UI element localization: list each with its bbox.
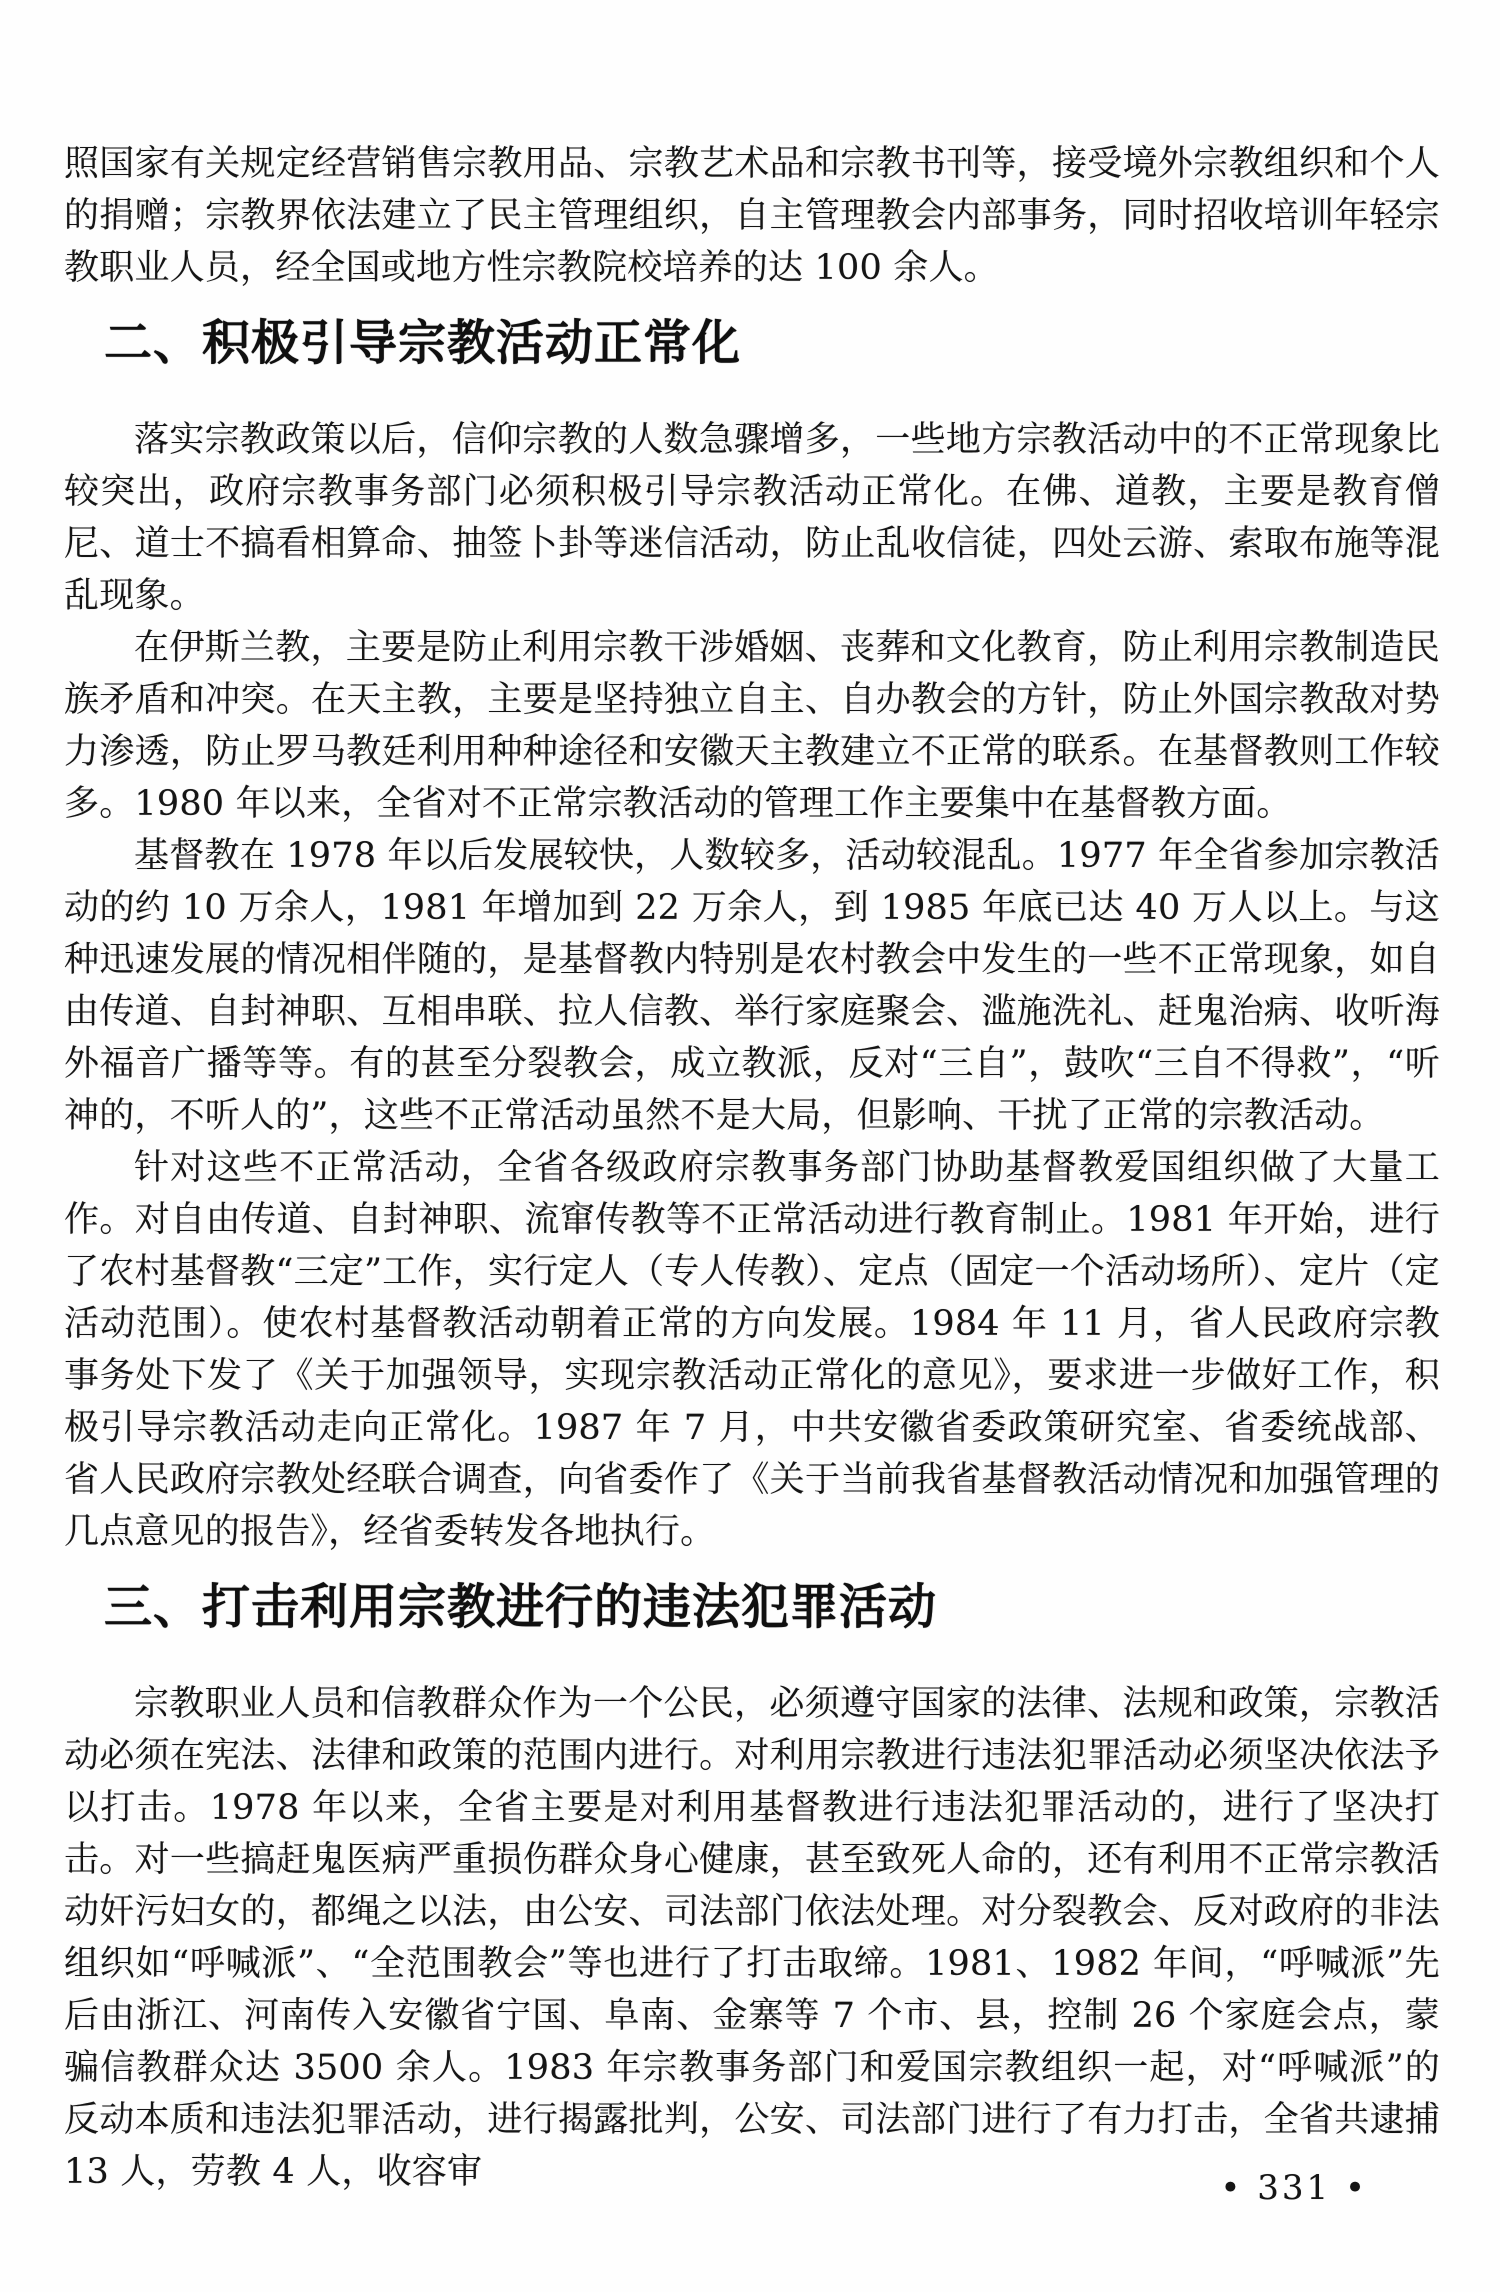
paragraph: 针对这些不正常活动，全省各级政府宗教事务部门协助基督教爱国组织做了大量工作。对自…	[64, 1142, 1440, 1558]
paragraph: 在伊斯兰教，主要是防止利用宗教干涉婚姻、丧葬和文化教育，防止利用宗教制造民族矛盾…	[64, 622, 1440, 830]
paragraph-continuation: 照国家有关规定经营销售宗教用品、宗教艺术品和宗教书刊等，接受境外宗教组织和个人的…	[64, 138, 1440, 294]
paragraph: 基督教在 1978 年以后发展较快，人数较多，活动较混乱。1977 年全省参加宗…	[64, 830, 1440, 1142]
paragraph: 落实宗教政策以后，信仰宗教的人数急骤增多，一些地方宗教活动中的不正常现象比较突出…	[64, 414, 1440, 622]
section-heading-2: 二、积极引导宗教活动正常化	[104, 314, 1440, 372]
text-column: 照国家有关规定经营销售宗教用品、宗教艺术品和宗教书刊等，接受境外宗教组织和个人的…	[64, 138, 1440, 2198]
page-number: • 331 •	[1220, 2168, 1368, 2208]
book-page: 照国家有关规定经营销售宗教用品、宗教艺术品和宗教书刊等，接受境外宗教组织和个人的…	[0, 0, 1500, 2292]
paragraph: 宗教职业人员和信教群众作为一个公民，必须遵守国家的法律、法规和政策，宗教活动必须…	[64, 1678, 1440, 2198]
section-heading-3: 三、打击利用宗教进行的违法犯罪活动	[104, 1578, 1440, 1636]
